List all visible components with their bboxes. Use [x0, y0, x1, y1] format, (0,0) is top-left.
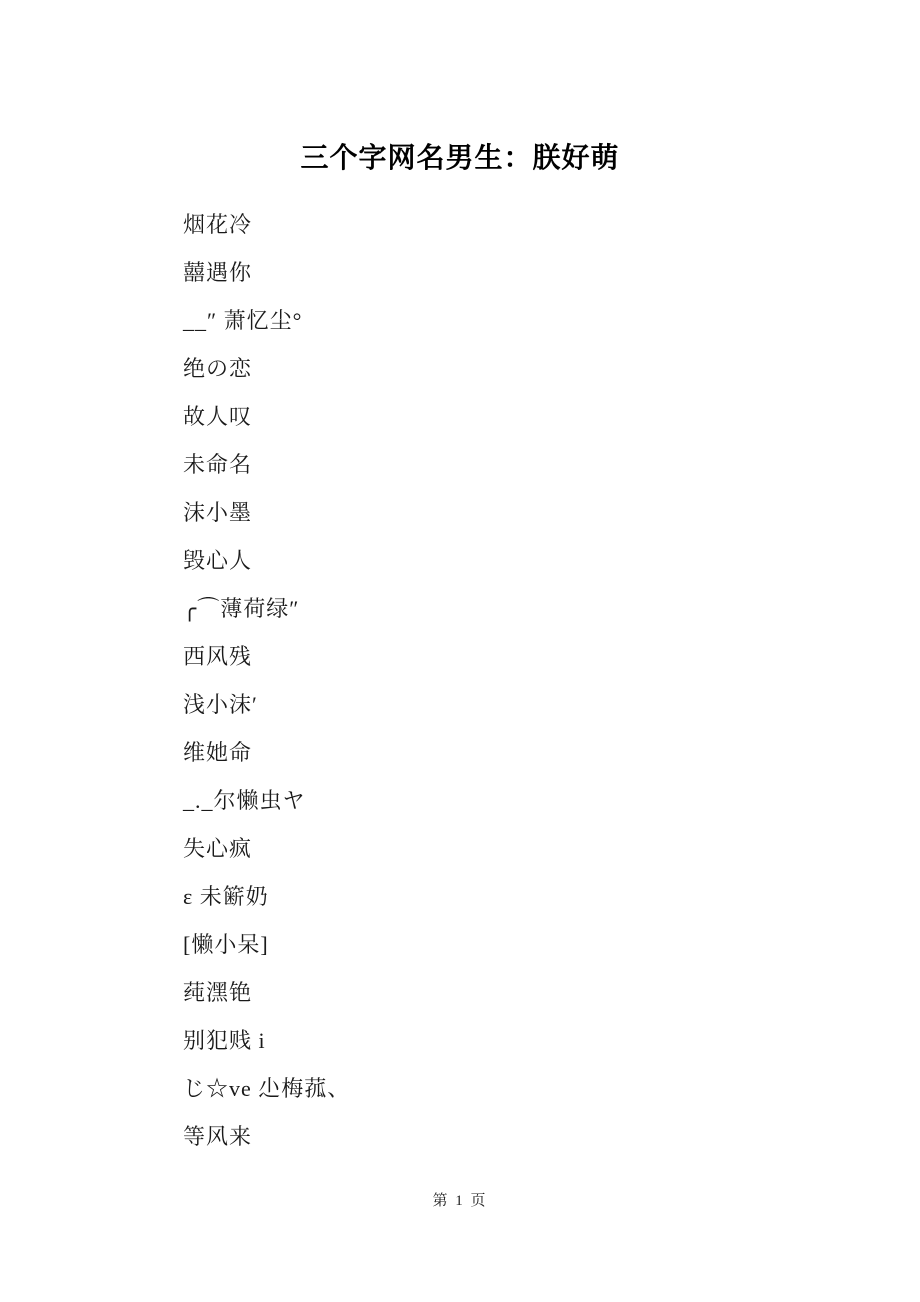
list-item: 莼潶铯	[183, 967, 860, 1015]
list-item: 等风来	[183, 1111, 860, 1159]
list-item: 维她命	[183, 727, 860, 775]
list-item: 未命名	[183, 439, 860, 487]
list-item: 烟花冷	[183, 199, 860, 247]
list-item: ╭⌒薄荷绿″	[183, 583, 860, 631]
list-item: 浅小沫′	[183, 679, 860, 727]
list-item: 绝の恋	[183, 343, 860, 391]
name-list: 烟花冷 囍遇你 __″ 萧忆尘° 绝の恋 故人叹 未命名 沫小墨 毁心人 ╭⌒薄…	[183, 199, 860, 1159]
page-number: 第 1 页	[432, 1193, 487, 1209]
list-item: じ☆ve 尐梅菰、	[183, 1063, 860, 1111]
list-item: 别犯贱 i	[183, 1015, 860, 1063]
list-item: _._尔懒虫ヤ	[183, 775, 860, 823]
list-item: 失心疯	[183, 823, 860, 871]
page-title: 三个字网名男生：朕好萌	[0, 136, 920, 176]
list-item: __″ 萧忆尘°	[183, 295, 860, 343]
list-item: 故人叹	[183, 391, 860, 439]
page-footer: 第 1 页	[0, 1189, 920, 1210]
list-item: 沫小墨	[183, 487, 860, 535]
list-item: ε 未簖奶	[183, 871, 860, 919]
document-page: 三个字网名男生：朕好萌 烟花冷 囍遇你 __″ 萧忆尘° 绝の恋 故人叹 未命名…	[0, 0, 920, 1302]
list-item: 毁心人	[183, 535, 860, 583]
list-item: 西风残	[183, 631, 860, 679]
list-item: 囍遇你	[183, 247, 860, 295]
list-item: [懒小呆]	[183, 919, 860, 967]
